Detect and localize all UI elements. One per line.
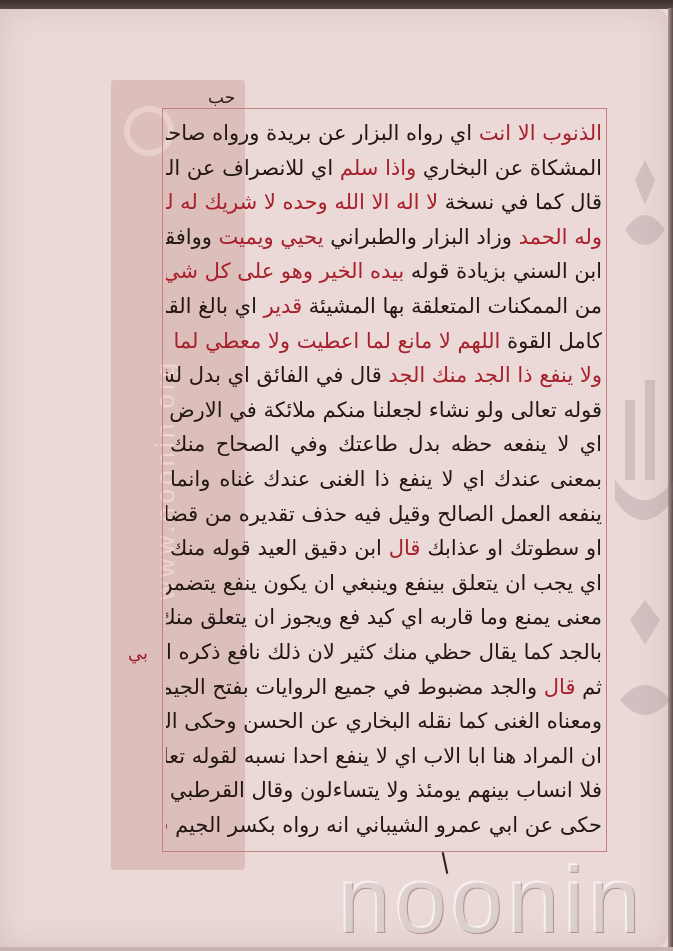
text-line: ثم قال والجد مضبوط في جميع الروايات بفتح… <box>166 670 606 705</box>
text-line: كامل القوة اللهم لا مانع لما اعطيت ولا م… <box>166 324 606 359</box>
margin-note: بي <box>128 643 148 664</box>
text-line: قال كما في نسخة لا اله الا الله وحده لا … <box>166 185 606 220</box>
text-line: ينفعه العمل الصالح وقيل فيه حذف تقديره م… <box>166 497 606 532</box>
text-line: فلا انساب بينهم يومئذ ولا يتساءلون وقال … <box>166 773 606 808</box>
page-top-edge <box>0 0 673 9</box>
text-line: اي لا ينفعه حظه بدل طاعتك وفي الصحاح منك <box>166 427 606 462</box>
mosque-ornament-icon <box>615 60 673 840</box>
text-line: بالجد كما يقال حظي منك كثير لان ذلك نافع… <box>166 635 606 670</box>
text-line: معنى يمنع وما قاربه اي كيد فع ويجوز ان ي… <box>166 600 606 635</box>
text-line: اي يجب ان يتعلق بينفع وينبغي ان يكون ينف… <box>166 566 606 601</box>
text-line: ان المراد هنا ابا الاب اي لا ينفع احدا ن… <box>166 739 606 774</box>
text-line: ومعناه الغنى كما نقله البخاري عن الحسن و… <box>166 704 606 739</box>
noonin-watermark: noonin <box>338 853 644 947</box>
text-line: حكى عن ابي عمرو الشيباني انه رواه بكسر ا… <box>166 808 606 843</box>
text-line: قوله تعالى ولو نشاء لجعلنا منكم ملائكة ف… <box>166 393 606 428</box>
catchword: حب <box>208 88 235 108</box>
text-line: ابن السني بزيادة قوله بيده الخير وهو على… <box>166 254 606 289</box>
text-line: من الممكنات المتعلقة بها المشيئة قدير اي… <box>166 289 606 324</box>
text-line: الذنوب الا انت اي رواه البزار عن بريدة و… <box>166 116 606 151</box>
text-line: المشكاة عن البخاري واذا سلم اي للانصراف … <box>166 151 606 186</box>
text-line: ولا ينفع ذا الجد منك الجد قال في الفائق … <box>166 358 606 393</box>
manuscript-text: الذنوب الا انت اي رواه البزار عن بريدة و… <box>166 116 606 842</box>
text-line: وله الحمد وزاد البزار والطبراني يحيي ويم… <box>166 220 606 255</box>
text-line: بمعنى عندك اي لا ينفع ذا الغنى عندك غناه… <box>166 462 606 497</box>
text-line: او سطوتك او عذابك قال ابن دقيق العيد قول… <box>166 531 606 566</box>
